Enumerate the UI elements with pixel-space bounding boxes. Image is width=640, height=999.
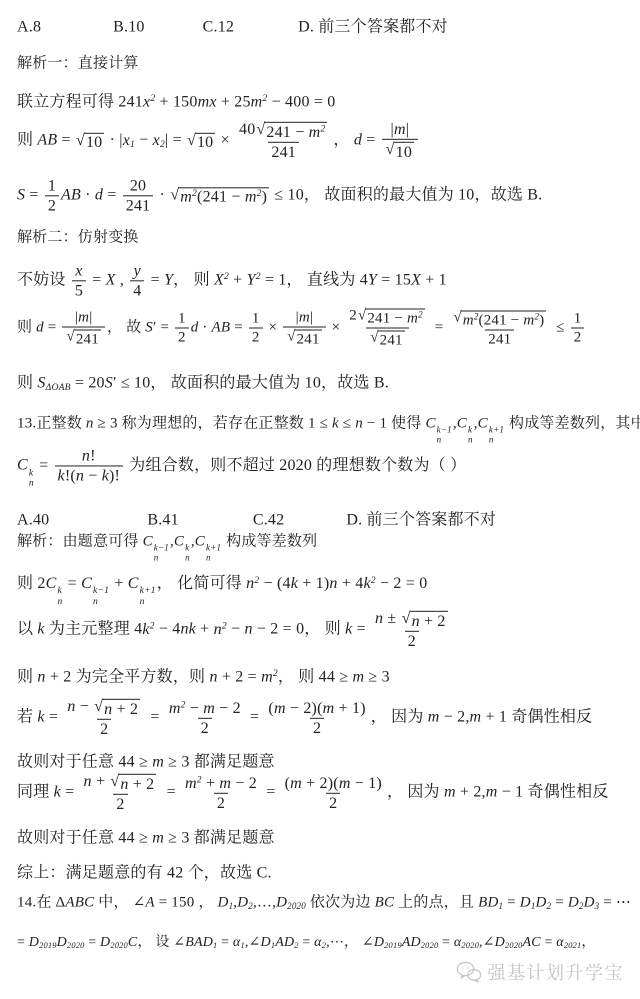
math-var: Ckn — [17, 457, 35, 474]
text-run: 241 − — [367, 311, 407, 327]
numerator: 2√241 − m2 — [346, 307, 429, 328]
superscript: k−1 — [154, 542, 169, 552]
fraction: x5 — [72, 261, 86, 300]
q14-statement-2: = D2019D2020 = D2020C， 设 ∠BAD1 = α1,∠D1A… — [17, 931, 636, 951]
math-var: n — [37, 669, 45, 686]
q13-analysis-start: 解析：由题意可得 Ck−1n,Ckn,Ck+1n 构成等差数列 — [17, 529, 636, 562]
math-var: n — [76, 468, 84, 485]
math-var: n — [355, 415, 363, 431]
radicand: 241 — [378, 331, 405, 350]
math-var: m — [428, 709, 440, 726]
script-stack: k+1n — [206, 542, 221, 562]
script-stack: k−1n — [437, 424, 452, 444]
denominator: 2 — [571, 328, 585, 347]
math-var: m2 — [251, 94, 268, 111]
math-var: AB — [61, 187, 81, 204]
math-var: m — [274, 699, 286, 716]
text-run: − 2)( — [286, 699, 323, 716]
text-run: − 1) — [351, 774, 382, 791]
text-run: 中， ∠ — [94, 895, 145, 911]
math-var: m2 — [245, 189, 262, 206]
q13-case-plus-conclusion: 故则对于任意 44 ≥ m ≥ 3 都满足题意 — [17, 825, 636, 848]
math-var: D1 — [218, 895, 234, 911]
math-var: D2020 — [276, 895, 306, 911]
radicand: 10 — [394, 142, 414, 162]
superscript: k — [185, 542, 189, 552]
spacer — [284, 524, 346, 525]
text-run: ， 化简可得 — [157, 575, 246, 592]
square-root: √10 — [187, 133, 215, 152]
text-run: − — [186, 699, 204, 716]
text-run: 构成等差数列 — [222, 533, 317, 549]
combined-equation: 联立方程可得 241x2 + 150mx + 25m2 − 400 = 0 — [17, 89, 636, 112]
math-var: mx — [198, 94, 217, 111]
radicand: 241 — [74, 329, 101, 348]
text-run: D. 前三个答案都不对 — [346, 512, 496, 529]
math-var: m — [78, 309, 89, 325]
text-run: − 400 = 0 — [267, 94, 335, 111]
numerator: 1 — [175, 310, 189, 328]
text-run: ± — [383, 610, 400, 627]
text-run: 2 — [116, 796, 124, 813]
text-run: 10 — [197, 134, 213, 151]
math-var: n — [329, 575, 337, 592]
text-run: 则 2 — [17, 575, 46, 592]
text-run: 2 — [48, 198, 56, 215]
numerator: m2 − m − 2 — [166, 698, 244, 717]
radicand: 241 − m2 — [365, 309, 424, 328]
text-run: ≤ 10， 故面积的最大值为 10，故选 B. — [270, 187, 542, 204]
math-var: k — [37, 709, 44, 726]
square-root: √241 − m2 — [358, 309, 425, 328]
math-var: n — [84, 773, 92, 790]
denominator: √241 — [62, 326, 105, 348]
text-run: 2 — [252, 330, 260, 346]
text-run: = — [17, 935, 29, 950]
text-run: + 2 = — [218, 669, 261, 686]
text-run: × — [216, 132, 234, 149]
q13-simplify: 则 2Ckn = Ck−1n + Ck+1n， 化简可得 n2 − (4k + … — [17, 570, 636, 608]
numerator: y — [131, 261, 144, 280]
square-root: √241 — [370, 331, 405, 350]
numerator: x — [72, 261, 85, 280]
text-run: − (4 — [259, 575, 290, 592]
math-var: d — [354, 132, 362, 149]
q14-statement-1: 14.在 ΔABC 中， ∠A = 150 ， D1,D2,…,D2020 依次… — [17, 891, 636, 912]
math-var: Ck−1n — [425, 415, 452, 431]
square-root: √n + 2 — [110, 774, 156, 794]
text-run: ≥ 3 都满足题意 — [164, 830, 275, 847]
fraction: 20241 — [123, 176, 154, 215]
numerator: 40√241 − m2 — [236, 120, 331, 142]
denominator: 2 — [405, 631, 419, 651]
math-var: X — [106, 272, 116, 289]
text-run: | — [406, 121, 409, 138]
text-run: B.41 — [147, 512, 178, 529]
numerator: n − √n + 2 — [64, 697, 144, 719]
text-run: + 1) — [298, 575, 329, 592]
text-run: ) — [539, 312, 544, 328]
text-run: = — [63, 575, 81, 592]
area-conclusion: 则 SΔOAB = 20S′ ≤ 10， 故面积的最大值为 10，故选 B. — [17, 370, 636, 393]
text-run: − 2 — [231, 774, 257, 791]
fraction: 12 — [45, 176, 59, 215]
text-run: + 2 — [129, 776, 155, 793]
math-var: Ck+1n — [478, 415, 505, 431]
text-run: − 4 — [155, 621, 181, 638]
text-run: = — [162, 784, 180, 801]
text-run: = — [25, 187, 43, 204]
text-run: = — [85, 935, 101, 950]
subscript: n — [185, 552, 190, 562]
text-run: ， — [581, 935, 595, 950]
ab-distance-formula: 则 AB = √10 · |x1 − x2| = √10 × 40√241 − … — [17, 120, 636, 162]
math-var: d — [36, 319, 44, 335]
text-run: ! — [90, 447, 96, 464]
subscript: n — [57, 597, 62, 608]
denominator: 2 — [45, 196, 59, 216]
text-run: B.10 — [113, 19, 144, 36]
math-var: k — [102, 468, 109, 485]
q13-case-plus: 同理 k = n + √n + 22 = m2 + m − 22 = (m + … — [17, 772, 636, 814]
text-run: = — [362, 132, 380, 149]
text-run: · — [155, 187, 169, 204]
spacer — [49, 524, 147, 525]
numerator: n! — [79, 446, 99, 465]
math-var: nk — [180, 621, 196, 638]
text-run: 1 — [574, 311, 582, 327]
numerator: 1 — [249, 310, 263, 328]
math-var: m2 — [407, 311, 423, 327]
text-run: ′ ≤ 10， 故面积的最大值为 10，故选 B. — [113, 375, 389, 392]
text-run: 解析一：直接计算 — [17, 56, 139, 72]
text-run: 241 — [297, 331, 320, 347]
math-var: k — [58, 468, 65, 485]
text-run: 联立方程可得 241 — [17, 94, 143, 111]
math-var: m2 — [523, 312, 539, 328]
q13-final-answer: 综上：满足题意的有 42 个，故选 C. — [17, 860, 636, 883]
math-var: m — [323, 699, 335, 716]
math-var: ABC — [65, 895, 94, 911]
math-var: m — [470, 709, 482, 726]
text-run: 综上：满足题意的有 42 个，故选 C. — [17, 865, 272, 882]
text-run: ≥ 3 都满足题意 — [164, 754, 275, 771]
fraction: n ± √n + 22 — [372, 609, 452, 651]
math-var: n — [120, 776, 128, 793]
script-stack: kn — [29, 468, 34, 489]
text-run: 同理 — [17, 784, 54, 801]
text-run: − — [227, 621, 245, 638]
text-run: ， 因为 — [387, 784, 444, 801]
text-run: 构成等差数列，其中 — [505, 415, 640, 431]
text-run: ,∠ — [479, 935, 495, 950]
math-var: m — [203, 699, 215, 716]
text-run: 故则对于任意 44 ≥ — [17, 830, 152, 847]
text-run: × — [328, 319, 345, 335]
math-var: D2020 — [100, 935, 128, 950]
analysis-2-header: 解析二：仿射变换 — [17, 226, 636, 247]
numerator: 1 — [571, 310, 585, 328]
text-run: 4 — [133, 283, 141, 300]
superscript: k — [468, 424, 472, 434]
text-run: ,…, — [253, 895, 276, 911]
fraction: |m|√241 — [283, 308, 326, 348]
numerator: 1 — [45, 176, 59, 195]
script-stack: k+1n — [140, 586, 156, 607]
subscript: n — [154, 552, 159, 562]
numerator: n ± √n + 2 — [372, 609, 452, 631]
text-run: 10 — [396, 144, 412, 161]
math-var: m — [339, 774, 351, 791]
text-run: 为组合数，则不超过 2020 的理想数个数为（ ） — [125, 457, 466, 474]
denominator: 241 — [268, 142, 299, 162]
denominator: 5 — [72, 281, 86, 301]
text-run: − 2 — [215, 699, 241, 716]
math-var: n — [209, 669, 217, 686]
text-run: 上的点，且 — [394, 895, 478, 911]
text-run: 241 — [271, 144, 296, 161]
fraction: n!k!(n − k)! — [55, 446, 124, 485]
text-run: 5 — [75, 283, 83, 300]
math-var: BD1 — [478, 895, 503, 911]
text-run: 1 — [252, 311, 260, 327]
subscript: n — [29, 479, 34, 490]
denominator: k!(n − k)! — [55, 466, 124, 486]
text-run: × — [265, 319, 282, 335]
radicand: n + 2 — [118, 774, 156, 794]
text-run: )! — [109, 468, 120, 485]
text-run: = — [146, 709, 164, 726]
text-run: | = — [165, 132, 186, 149]
fraction: n − √n + 22 — [64, 697, 144, 739]
spacer — [145, 31, 203, 32]
text-run: = — [61, 784, 79, 801]
text-run: 10 — [86, 134, 102, 151]
square-root: √m2(241 − m2) — [170, 188, 269, 207]
script-stack: k+1n — [489, 424, 504, 444]
text-run: 以 — [17, 621, 37, 638]
math-var: n — [412, 613, 420, 630]
numerator: |m| — [72, 308, 95, 326]
text-run: · | — [105, 132, 122, 149]
math-var: Ck−1n — [143, 533, 170, 549]
math-var: BAD1 — [185, 935, 217, 950]
math-var: D1 — [520, 895, 536, 911]
text-run: ， 因为 — [371, 709, 428, 726]
text-run: 20 — [130, 177, 146, 194]
denominator: 2 — [113, 794, 127, 814]
math-var: D2019 — [374, 935, 402, 950]
denominator: 2 — [249, 328, 263, 347]
text-run: ≥ 3 — [364, 669, 390, 686]
text-run: − 2 = 0 — [376, 575, 428, 592]
text-run: 2 — [408, 633, 416, 650]
fraction: 2√241 − m2√241 — [346, 307, 429, 350]
text-run: + — [92, 773, 110, 790]
text-run: = — [217, 935, 233, 950]
fraction: y4 — [130, 261, 144, 300]
text-run: 241 — [76, 331, 99, 347]
math-var: Ckn — [46, 575, 64, 592]
math-var: m — [299, 309, 310, 325]
text-run: 2 — [329, 795, 337, 812]
math-var: S — [17, 187, 25, 204]
analysis-1-header: 解析一：直接计算 — [17, 52, 636, 73]
spacer — [41, 31, 113, 32]
radicand: 10 — [84, 133, 104, 152]
math-var: D1 — [261, 935, 276, 950]
fraction: (m + 2)(m − 1)2 — [282, 773, 385, 812]
q13-solve-k: 以 k 为主元整理 4k2 − 4nk + n2 − n − 2 = 0， 则 … — [17, 609, 636, 651]
text-run: C.12 — [203, 19, 234, 36]
denominator: 2 — [214, 793, 228, 813]
text-run: − 2, — [440, 709, 470, 726]
text-run: 2 — [217, 795, 225, 812]
text-run: 241 — [126, 198, 151, 215]
subscript: n — [93, 597, 98, 608]
text-run: − 1 奇偶性相反 — [498, 784, 609, 801]
superscript: k+1 — [489, 424, 504, 434]
math-var: S — [105, 375, 113, 392]
math-var: BC — [375, 895, 395, 911]
script-stack: k−1n — [154, 542, 169, 562]
text-run: = — [35, 457, 53, 474]
math-var: D3 — [584, 895, 600, 911]
text-run: + 1 奇偶性相反 — [481, 709, 592, 726]
text-run: − — [76, 698, 94, 715]
text-run: ， 则 — [173, 272, 214, 289]
q13-perfect-square: 则 n + 2 为完全平方数，则 n + 2 = m2， 则 44 ≥ m ≥ … — [17, 664, 636, 687]
q13-options-row: A.40B.41C.42D. 前三个答案都不对 — [17, 507, 636, 530]
math-var: Ck−1n — [81, 575, 110, 592]
text-run: ≤ — [552, 319, 568, 335]
math-var: y — [134, 262, 141, 279]
subscript: n — [468, 434, 473, 444]
math-var: x2 — [153, 132, 165, 149]
denominator: 241 — [485, 329, 514, 348]
text-run: 则 — [17, 669, 37, 686]
q13-statement-1: 13.正整数 n ≥ 3 称为理想的，若存在正整数 1 ≤ k ≤ n − 1 … — [17, 411, 636, 444]
text-run: 2 — [178, 330, 186, 346]
denominator: 2 — [97, 719, 111, 739]
math-var: n2 — [214, 621, 227, 638]
text-run: − — [84, 468, 102, 485]
radicand: 10 — [195, 133, 215, 152]
text-run: !( — [65, 468, 76, 485]
subscript: n — [489, 434, 494, 444]
text-run: A.40 — [17, 512, 49, 529]
q13-statement-2: Ckn = n!k!(n − k)! 为组合数，则不超过 2020 的理想数个数… — [17, 446, 636, 489]
text-run: + — [196, 621, 214, 638]
denominator: √10 — [382, 139, 418, 162]
fraction: m2 + m − 22 — [182, 773, 260, 812]
text-run: ≥ 3 称为理想的，若存在正整数 1 ≤ — [94, 415, 332, 431]
text-run: A.8 — [17, 19, 41, 36]
text-run: 1 — [178, 311, 186, 327]
math-var: m — [152, 754, 164, 771]
text-run: ， 设 ∠ — [137, 935, 185, 950]
fraction: 12 — [249, 310, 263, 347]
denominator: 4 — [130, 281, 144, 301]
text-run: , — [116, 272, 129, 289]
math-var: D2 — [568, 895, 584, 911]
math-var: m2 — [463, 312, 479, 328]
math-var: AD2020 — [402, 935, 439, 950]
text-run: + 2, — [456, 784, 486, 801]
text-run: = — [352, 621, 370, 638]
math-var: α2 — [314, 935, 326, 950]
text-run: = — [103, 187, 121, 204]
script-stack: kn — [57, 586, 62, 607]
spacer — [179, 524, 253, 525]
text-run: 则 — [17, 375, 37, 392]
text-run: = — [246, 709, 264, 726]
text-run: = — [503, 895, 520, 911]
math-var: m2 — [169, 699, 186, 716]
text-run: − — [135, 132, 153, 149]
text-run: (241 − — [197, 189, 245, 206]
text-run: 解析二：仿射变换 — [17, 230, 139, 246]
math-var: Ckn — [174, 533, 191, 549]
math-var: n2 — [246, 575, 259, 592]
text-run: 14.在 Δ — [17, 895, 65, 911]
fraction: (m − 2)(m + 1)2 — [265, 698, 368, 737]
math-var: m2 — [180, 189, 197, 206]
radicand: m2(241 − m2) — [178, 188, 269, 207]
square-root: √241 − m2 — [256, 122, 327, 142]
area-max-formula: S = 12AB · d = 20241 · √m2(241 − m2) ≤ 1… — [17, 176, 636, 215]
math-var: m — [444, 784, 456, 801]
square-root: √n + 2 — [94, 699, 140, 719]
radicand: n + 2 — [102, 699, 140, 719]
q13-case-minus-conclusion: 故则对于任意 44 ≥ m ≥ 3 都满足题意 — [17, 749, 636, 772]
math-var: α1 — [233, 935, 245, 950]
fraction: n + √n + 22 — [81, 772, 161, 814]
affine-area-formula: 则 d = |m|√241， 故 S′ = 12d · AB = 12 × |m… — [17, 307, 636, 350]
math-var: AD2 — [275, 935, 298, 950]
denominator: √241 — [283, 326, 326, 348]
math-var: m — [352, 669, 364, 686]
text-run: + 2 为完全平方数，则 — [46, 669, 210, 686]
text-run: + 1) — [334, 699, 365, 716]
text-run: = — [44, 319, 61, 335]
fraction: m2 − m − 22 — [166, 698, 244, 737]
text-run: = — [88, 272, 106, 289]
text-run: 解析：由题意可得 — [17, 533, 143, 549]
math-var: X — [411, 272, 421, 289]
text-run: + 1 — [421, 272, 447, 289]
radicand: 241 − m2 — [264, 122, 327, 142]
math-var: α2020 — [454, 935, 479, 950]
text-run: = — [45, 709, 63, 726]
subscript: n — [140, 597, 145, 608]
numerator: (m − 2)(m + 1) — [265, 698, 368, 717]
fraction: |m|√241 — [62, 308, 105, 348]
numerator: |m| — [388, 120, 413, 139]
wechat-icon — [456, 961, 482, 983]
text-run: + 25 — [217, 94, 251, 111]
text-run: + 2 — [112, 701, 138, 718]
radicand: 241 — [295, 329, 322, 348]
text-run: 则 — [17, 132, 37, 149]
text-run: ≤ — [339, 415, 355, 431]
document-page: A.8B.10C.12D. 前三个答案都不对解析一：直接计算联立方程可得 241… — [0, 0, 640, 999]
text-run: 2 — [100, 721, 108, 738]
math-var: k — [37, 621, 44, 638]
math-var: m — [219, 774, 231, 791]
text-run: = 150 ， — [155, 895, 218, 911]
math-var: k — [291, 575, 298, 592]
